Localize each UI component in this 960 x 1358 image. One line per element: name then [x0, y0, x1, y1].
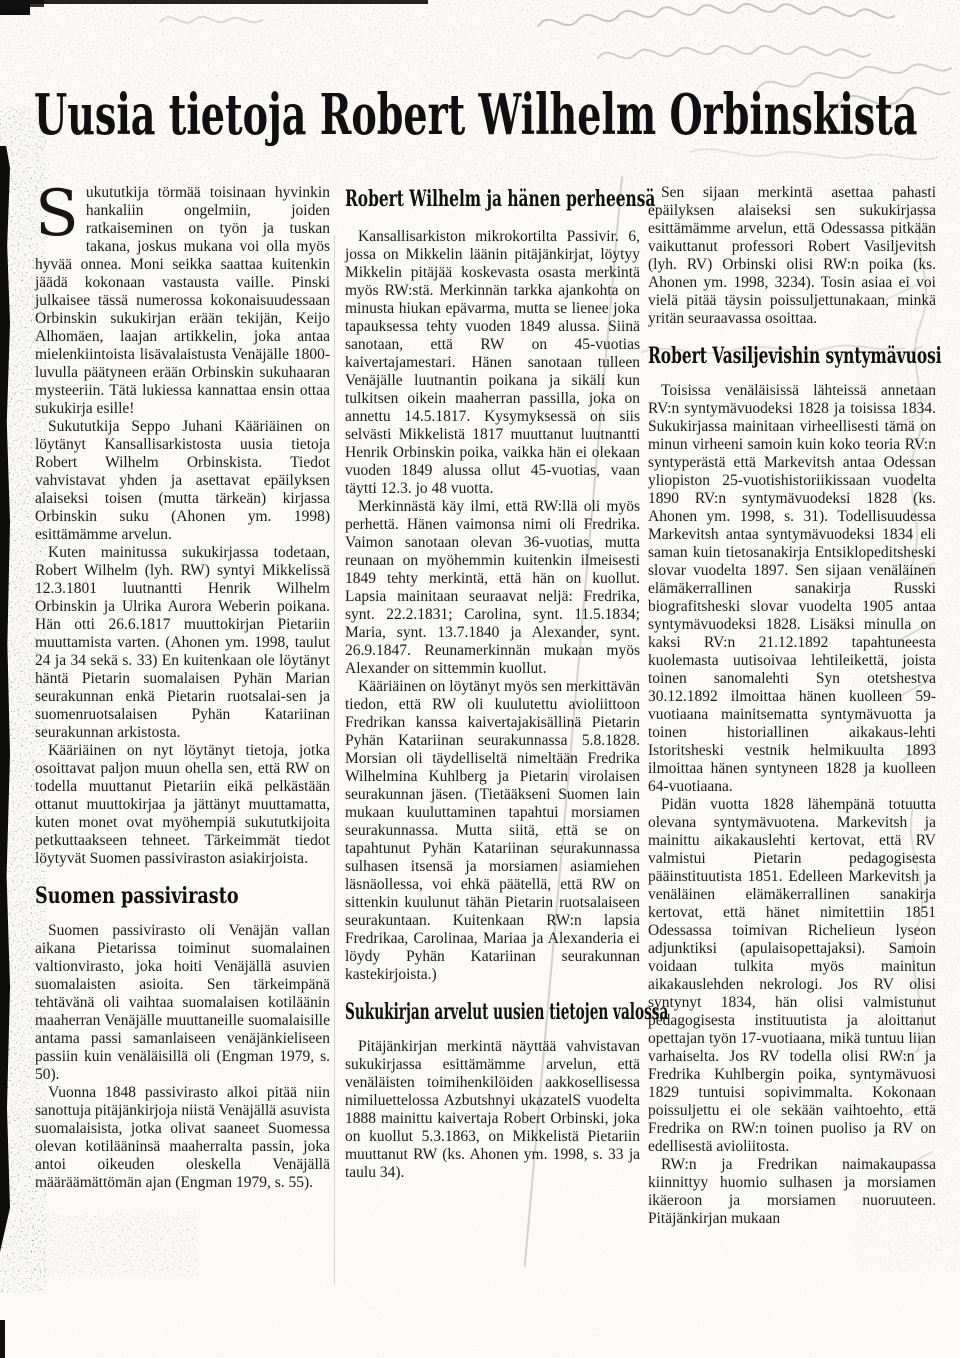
section-heading-sukukirjan-arvelut: Sukukirjan arvelut uusien tietojen valos… [345, 999, 528, 1025]
section-heading-suomen-passivirasto: Suomen passivirasto [35, 883, 271, 909]
scan-edge-top-line [0, 0, 428, 4]
paragraph: Suomen passivirasto oli Venäjän vallan a… [35, 922, 330, 1084]
paragraph: Pidän vuotta 1828 lähempänä totuutta ole… [648, 796, 936, 1156]
paragraph: RW:n ja Fredrikan naimakaupassa kiinnitt… [648, 1156, 936, 1228]
section-heading-robert-wilhelm-ja-hanen-perheensa: Robert Wilhelm ja hänen perheensä [345, 186, 552, 212]
paragraph: Kansallisarkiston mikrokortilta Passivir… [345, 228, 640, 498]
drop-cap: S [35, 184, 86, 239]
article-title: Uusia tietoja Robert Wilhelm Orbinskista [34, 86, 917, 145]
section-heading-robert-vasiljevishin-syntymavuosi: Robert Vasiljevishin syntymävuosi [648, 343, 850, 369]
scanned-article-page: Uusia tietoja Robert Wilhelm Orbinskista… [0, 0, 960, 1358]
paragraph: Merkinnästä käy ilmi, että RW:llä oli my… [345, 498, 640, 678]
paragraph: Vuonna 1848 passivirasto alkoi pitää nii… [35, 1084, 330, 1192]
paragraph: Sukututkija Seppo Juhani Kääriäinen on l… [35, 418, 330, 544]
lead-paragraph: Sukututkija törmää toisinaan hyvinkin ha… [35, 184, 330, 418]
column-1: Sukututkija törmää toisinaan hyvinkin ha… [35, 184, 330, 1192]
paragraph: Pitäjänkirjan merkintä näyttää vahvistav… [345, 1038, 640, 1182]
paragraph: Kääriäinen on nyt löytänyt tietoja, jotk… [35, 742, 330, 868]
paragraph: Kääriäinen on löytänyt myös sen merkittä… [345, 678, 640, 984]
scan-edge-corner-blob [28, 0, 44, 7]
scan-edge-bottom-tick [0, 1320, 5, 1358]
paragraph: Sen sijaan merkintä asettaa pahasti epäi… [648, 184, 936, 328]
scan-edge-left-bar [0, 146, 10, 1252]
column-2: Robert Wilhelm ja hänen perheensä Kansal… [345, 184, 640, 1182]
paragraph: Kuten mainitussa sukukirjassa todetaan, … [35, 544, 330, 742]
column-rule [334, 235, 335, 1285]
paragraph: Toisissa venäläisissä lähteissä annetaan… [648, 382, 936, 796]
scan-edge-corner-blob [0, 0, 30, 15]
column-3: Sen sijaan merkintä asettaa pahasti epäi… [648, 184, 936, 1228]
